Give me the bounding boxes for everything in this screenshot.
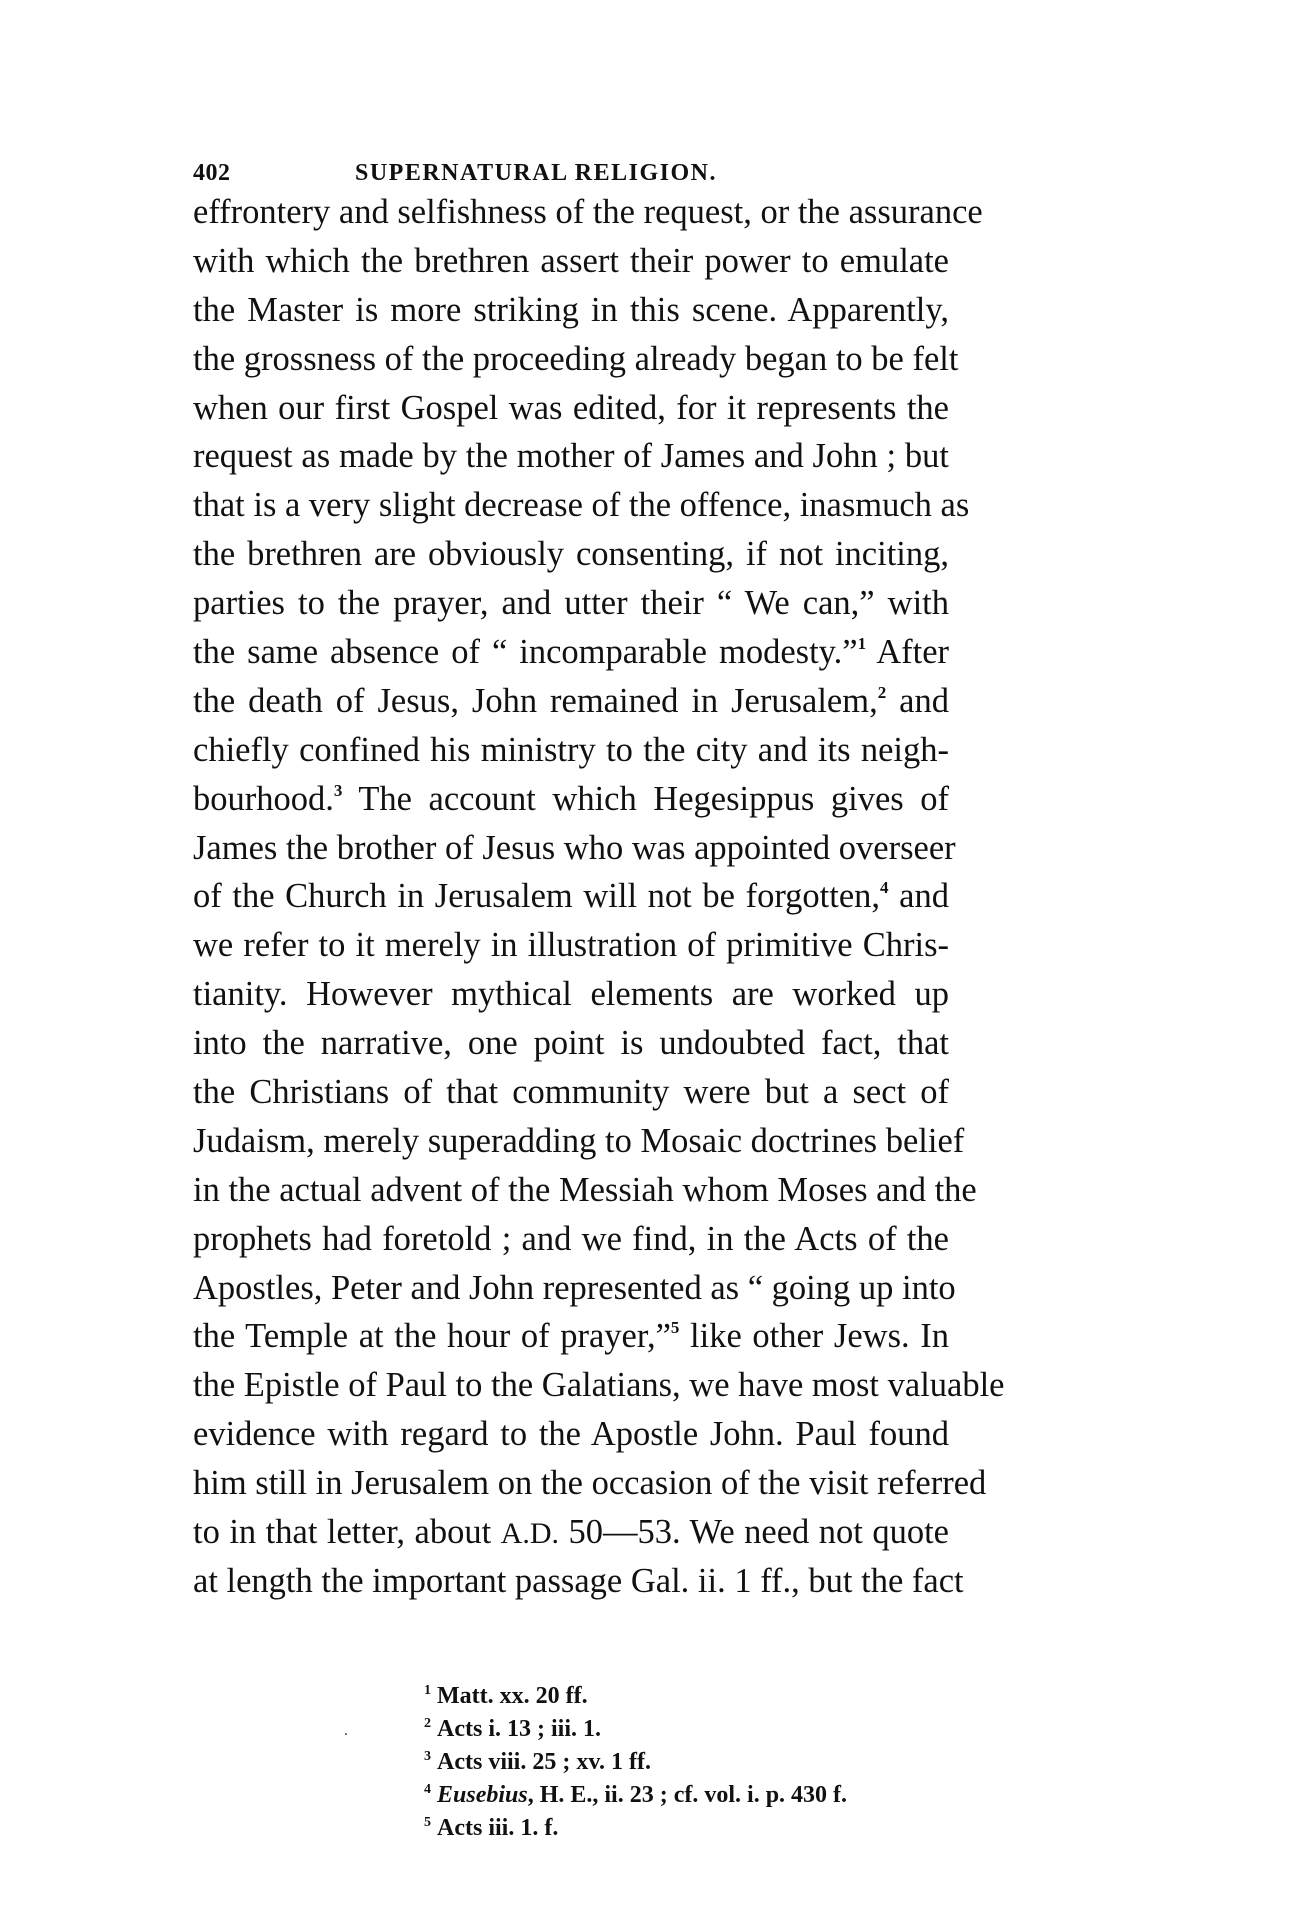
footnote-mark: 4 (424, 1782, 431, 1797)
footnote-text: , H. E., ii. 23 ; cf. vol. i. p. 430 f. (528, 1782, 847, 1808)
footnote-mark: 1 (424, 1683, 431, 1698)
line-text: bourhood. (193, 780, 334, 818)
text-line: Judaism, merely superadding to Mosaic do… (193, 1117, 949, 1166)
line-text: of the Church in Jerusalem will not be f… (193, 877, 880, 915)
text-line: of the Church in Jerusalem will not be f… (193, 872, 949, 921)
text-line: the death of Jesus, John remained in Jer… (193, 677, 949, 726)
page-number: 402 (193, 160, 231, 187)
footnote-1: 1Matt. xx. 20 ff. (424, 1680, 1024, 1713)
line-text: chiefly confined his ministry to the cit… (193, 731, 949, 769)
line-text: 50—53. We need not quote (559, 1513, 949, 1551)
line-text: tianity. However mythical elements are w… (193, 975, 949, 1013)
text-line: chiefly confined his ministry to the cit… (193, 726, 949, 775)
text-line: we refer to it merely in illustration of… (193, 921, 949, 970)
running-title: SUPERNATURAL RELIGION. (355, 160, 717, 187)
line-text: request as made by the mother of James a… (193, 437, 949, 475)
text-line: him still in Jerusalem on the occasion o… (193, 1459, 949, 1508)
footnote-4: 4Eusebius, H. E., ii. 23 ; cf. vol. i. p… (424, 1779, 1024, 1812)
scan-speck (345, 1733, 347, 1735)
footnote-mark: 3 (424, 1749, 431, 1764)
footnote-text: Acts i. 13 ; iii. 1. (437, 1716, 601, 1742)
text-line: parties to the prayer, and utter their “… (193, 579, 949, 628)
text-line: tianity. However mythical elements are w… (193, 970, 949, 1019)
line-text: the Epistle of Paul to the Galatians, we… (193, 1366, 1005, 1404)
line-text: that is a very slight decrease of the of… (193, 486, 969, 524)
text-line: request as made by the mother of James a… (193, 432, 949, 481)
line-text: we refer to it merely in illustration of… (193, 926, 949, 964)
text-line: the grossness of the proceeding already … (193, 335, 949, 384)
text-line: at length the important passage Gal. ii.… (193, 1557, 949, 1606)
line-text: and (889, 877, 949, 915)
footnote-reference[interactable]: 1 (858, 634, 867, 653)
text-line: the Epistle of Paul to the Galatians, we… (193, 1361, 949, 1410)
footnote-mark: 5 (424, 1815, 431, 1830)
text-line: the Christians of that community were bu… (193, 1068, 949, 1117)
footnote-reference[interactable]: 2 (878, 683, 887, 702)
text-line: the brethren are obviously consenting, i… (193, 530, 949, 579)
text-line: the Master is more striking in this scen… (193, 286, 949, 335)
line-text: Judaism, merely superadding to Mosaic do… (193, 1122, 964, 1160)
line-text: to in that letter, about (193, 1513, 501, 1551)
line-text: with which the brethren assert their pow… (193, 242, 949, 280)
text-line: that is a very slight decrease of the of… (193, 481, 949, 530)
line-text: when our first Gospel was edited, for it… (193, 389, 949, 427)
text-line: James the brother of Jesus who was appoi… (193, 824, 949, 873)
line-text: the grossness of the proceeding already … (193, 340, 958, 378)
footnote-reference[interactable]: 4 (880, 878, 889, 897)
line-text: After (866, 633, 949, 671)
text-line: into the narrative, one point is undoubt… (193, 1019, 949, 1068)
line-text: the same absence of “ incomparable modes… (193, 633, 858, 671)
line-text: James the brother of Jesus who was appoi… (193, 829, 956, 867)
line-text: evidence with regard to the Apostle John… (193, 1415, 949, 1453)
text-line: the same absence of “ incomparable modes… (193, 628, 949, 677)
line-text: Apostles, Peter and John represented as … (193, 1269, 956, 1307)
line-text: the Master is more striking in this scen… (193, 291, 949, 329)
text-line: with which the brethren assert their pow… (193, 237, 949, 286)
line-text: the Temple at the hour of prayer,” (193, 1317, 671, 1355)
line-text: at length the important passage Gal. ii.… (193, 1562, 964, 1600)
line-text: and (886, 682, 949, 720)
line-text: in the actual advent of the Messiah whom… (193, 1171, 977, 1209)
text-line: prophets had foretold ; and we find, in … (193, 1215, 949, 1264)
era-abbreviation: A.D. (501, 1517, 559, 1550)
line-text: The account which Hegesippus gives of (342, 780, 949, 818)
line-text: the brethren are obviously consenting, i… (193, 535, 949, 573)
footnote-5: 5Acts iii. 1. f. (424, 1812, 1024, 1845)
footnote-mark: 2 (424, 1716, 431, 1731)
footnote-text: Matt. xx. 20 ff. (437, 1683, 588, 1709)
line-text: prophets had foretold ; and we find, in … (193, 1220, 949, 1258)
text-line: in the actual advent of the Messiah whom… (193, 1166, 949, 1215)
line-text: him still in Jerusalem on the occasion o… (193, 1464, 986, 1502)
text-line: bourhood.3 The account which Hegesippus … (193, 775, 949, 824)
footnote-text: Acts viii. 25 ; xv. 1 ff. (437, 1749, 651, 1775)
text-line: the Temple at the hour of prayer,”5 like… (193, 1312, 949, 1361)
text-line: Apostles, Peter and John represented as … (193, 1264, 949, 1313)
footnote-author: Eusebius (437, 1782, 528, 1808)
line-text: the Christians of that community were bu… (193, 1073, 949, 1111)
footnote-text: Acts iii. 1. f. (437, 1815, 558, 1841)
body-text: effrontery and selfishness of the reques… (193, 188, 949, 1606)
line-text: effrontery and selfishness of the reques… (193, 193, 983, 231)
line-text: into the narrative, one point is undoubt… (193, 1024, 949, 1062)
text-line: effrontery and selfishness of the reques… (193, 188, 949, 237)
line-text: like other Jews. In (679, 1317, 949, 1355)
line-text: the death of Jesus, John remained in Jer… (193, 682, 878, 720)
line-text: parties to the prayer, and utter their “… (193, 584, 949, 622)
text-line: when our first Gospel was edited, for it… (193, 384, 949, 433)
text-line: evidence with regard to the Apostle John… (193, 1410, 949, 1459)
footnote-2: 2Acts i. 13 ; iii. 1. (424, 1713, 1024, 1746)
text-line: to in that letter, about A.D. 50—53. We … (193, 1508, 949, 1557)
footnote-3: 3Acts viii. 25 ; xv. 1 ff. (424, 1746, 1024, 1779)
footnotes: 1Matt. xx. 20 ff.2Acts i. 13 ; iii. 1.3A… (424, 1680, 1024, 1845)
book-page: 402 SUPERNATURAL RELIGION. effrontery an… (0, 0, 1292, 1925)
